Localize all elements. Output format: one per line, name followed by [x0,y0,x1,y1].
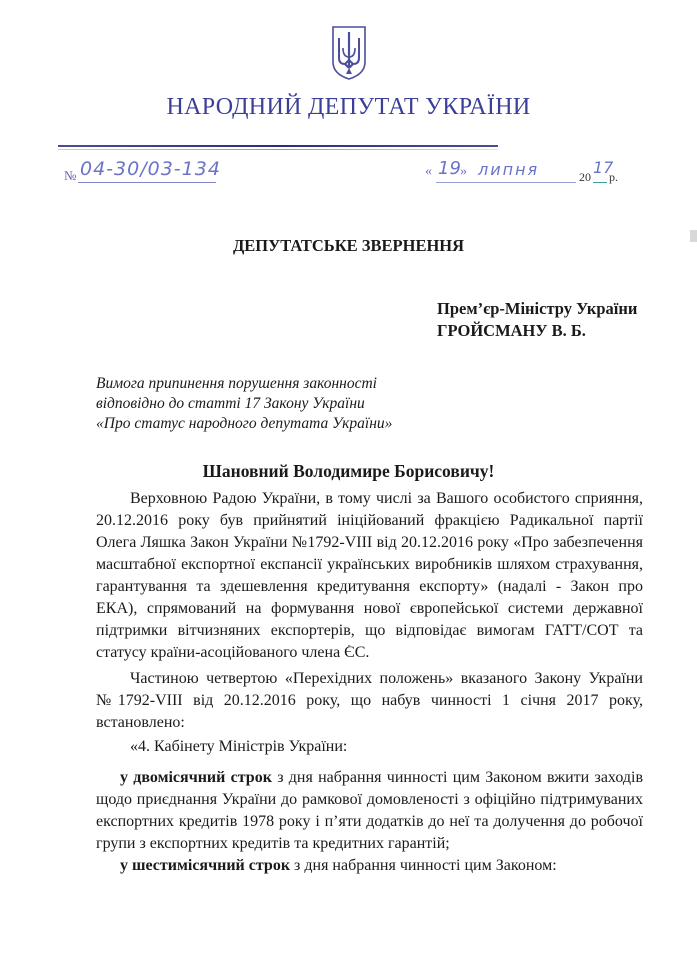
quoted-clause-heading: «4. Кабінету Міністрів України: [130,736,630,758]
registration-number-label: № [64,168,76,184]
registration-number-underline [78,182,216,183]
registration-number: 04-30/03-134 [80,158,221,180]
deadline-emphasis: у двомісячний строк [120,769,272,786]
body-paragraph: у шестимісячний строк з дня набрання чин… [96,855,643,877]
date-month: липня [478,160,539,179]
date-close-quote: » [460,164,467,180]
document-title: ДЕПУТАТСЬКЕ ЗВЕРНЕННЯ [0,236,697,256]
letterhead-divider-thin [58,149,498,150]
date-open-quote: « [425,164,432,180]
subject-block: Вимога припинення порушення законності в… [96,374,392,434]
letterhead-divider [58,145,498,147]
salutation: Шановний Володимире Борисовичу! [0,461,697,482]
body-paragraph: у двомісячний строк з дня набрання чинно… [96,767,643,855]
date-underline [436,182,576,183]
body-paragraph: Верховною Радою України, в тому числі за… [96,488,643,664]
paragraph-text: з дня набрання чинності цим Законом: [290,857,557,874]
date-year-underline [593,182,607,183]
trident-emblem-icon [330,24,368,81]
recipient-position: Прем’єр-Міністру України [437,298,637,320]
date-year-unit: р. [609,170,618,185]
letterhead-title: НАРОДНИЙ ДЕПУТАТ УКРАЇНИ [0,94,697,121]
body-paragraph: Частиною четвертою «Перехідних положень»… [96,668,643,734]
subject-line: відповідно до статті 17 Закону України [96,394,392,414]
date-year-prefix: 20 [579,170,591,185]
subject-line: Вимога припинення порушення законності [96,374,392,394]
subject-line: «Про статус народного депутата України» [96,414,392,434]
recipient-block: Прем’єр-Міністру України ГРОЙСМАНУ В. Б. [437,298,637,342]
date-day: 19 [438,158,461,179]
recipient-name: ГРОЙСМАНУ В. Б. [437,320,637,342]
scan-speck [348,645,350,647]
deadline-emphasis: у шестимісячний строк [120,857,290,874]
